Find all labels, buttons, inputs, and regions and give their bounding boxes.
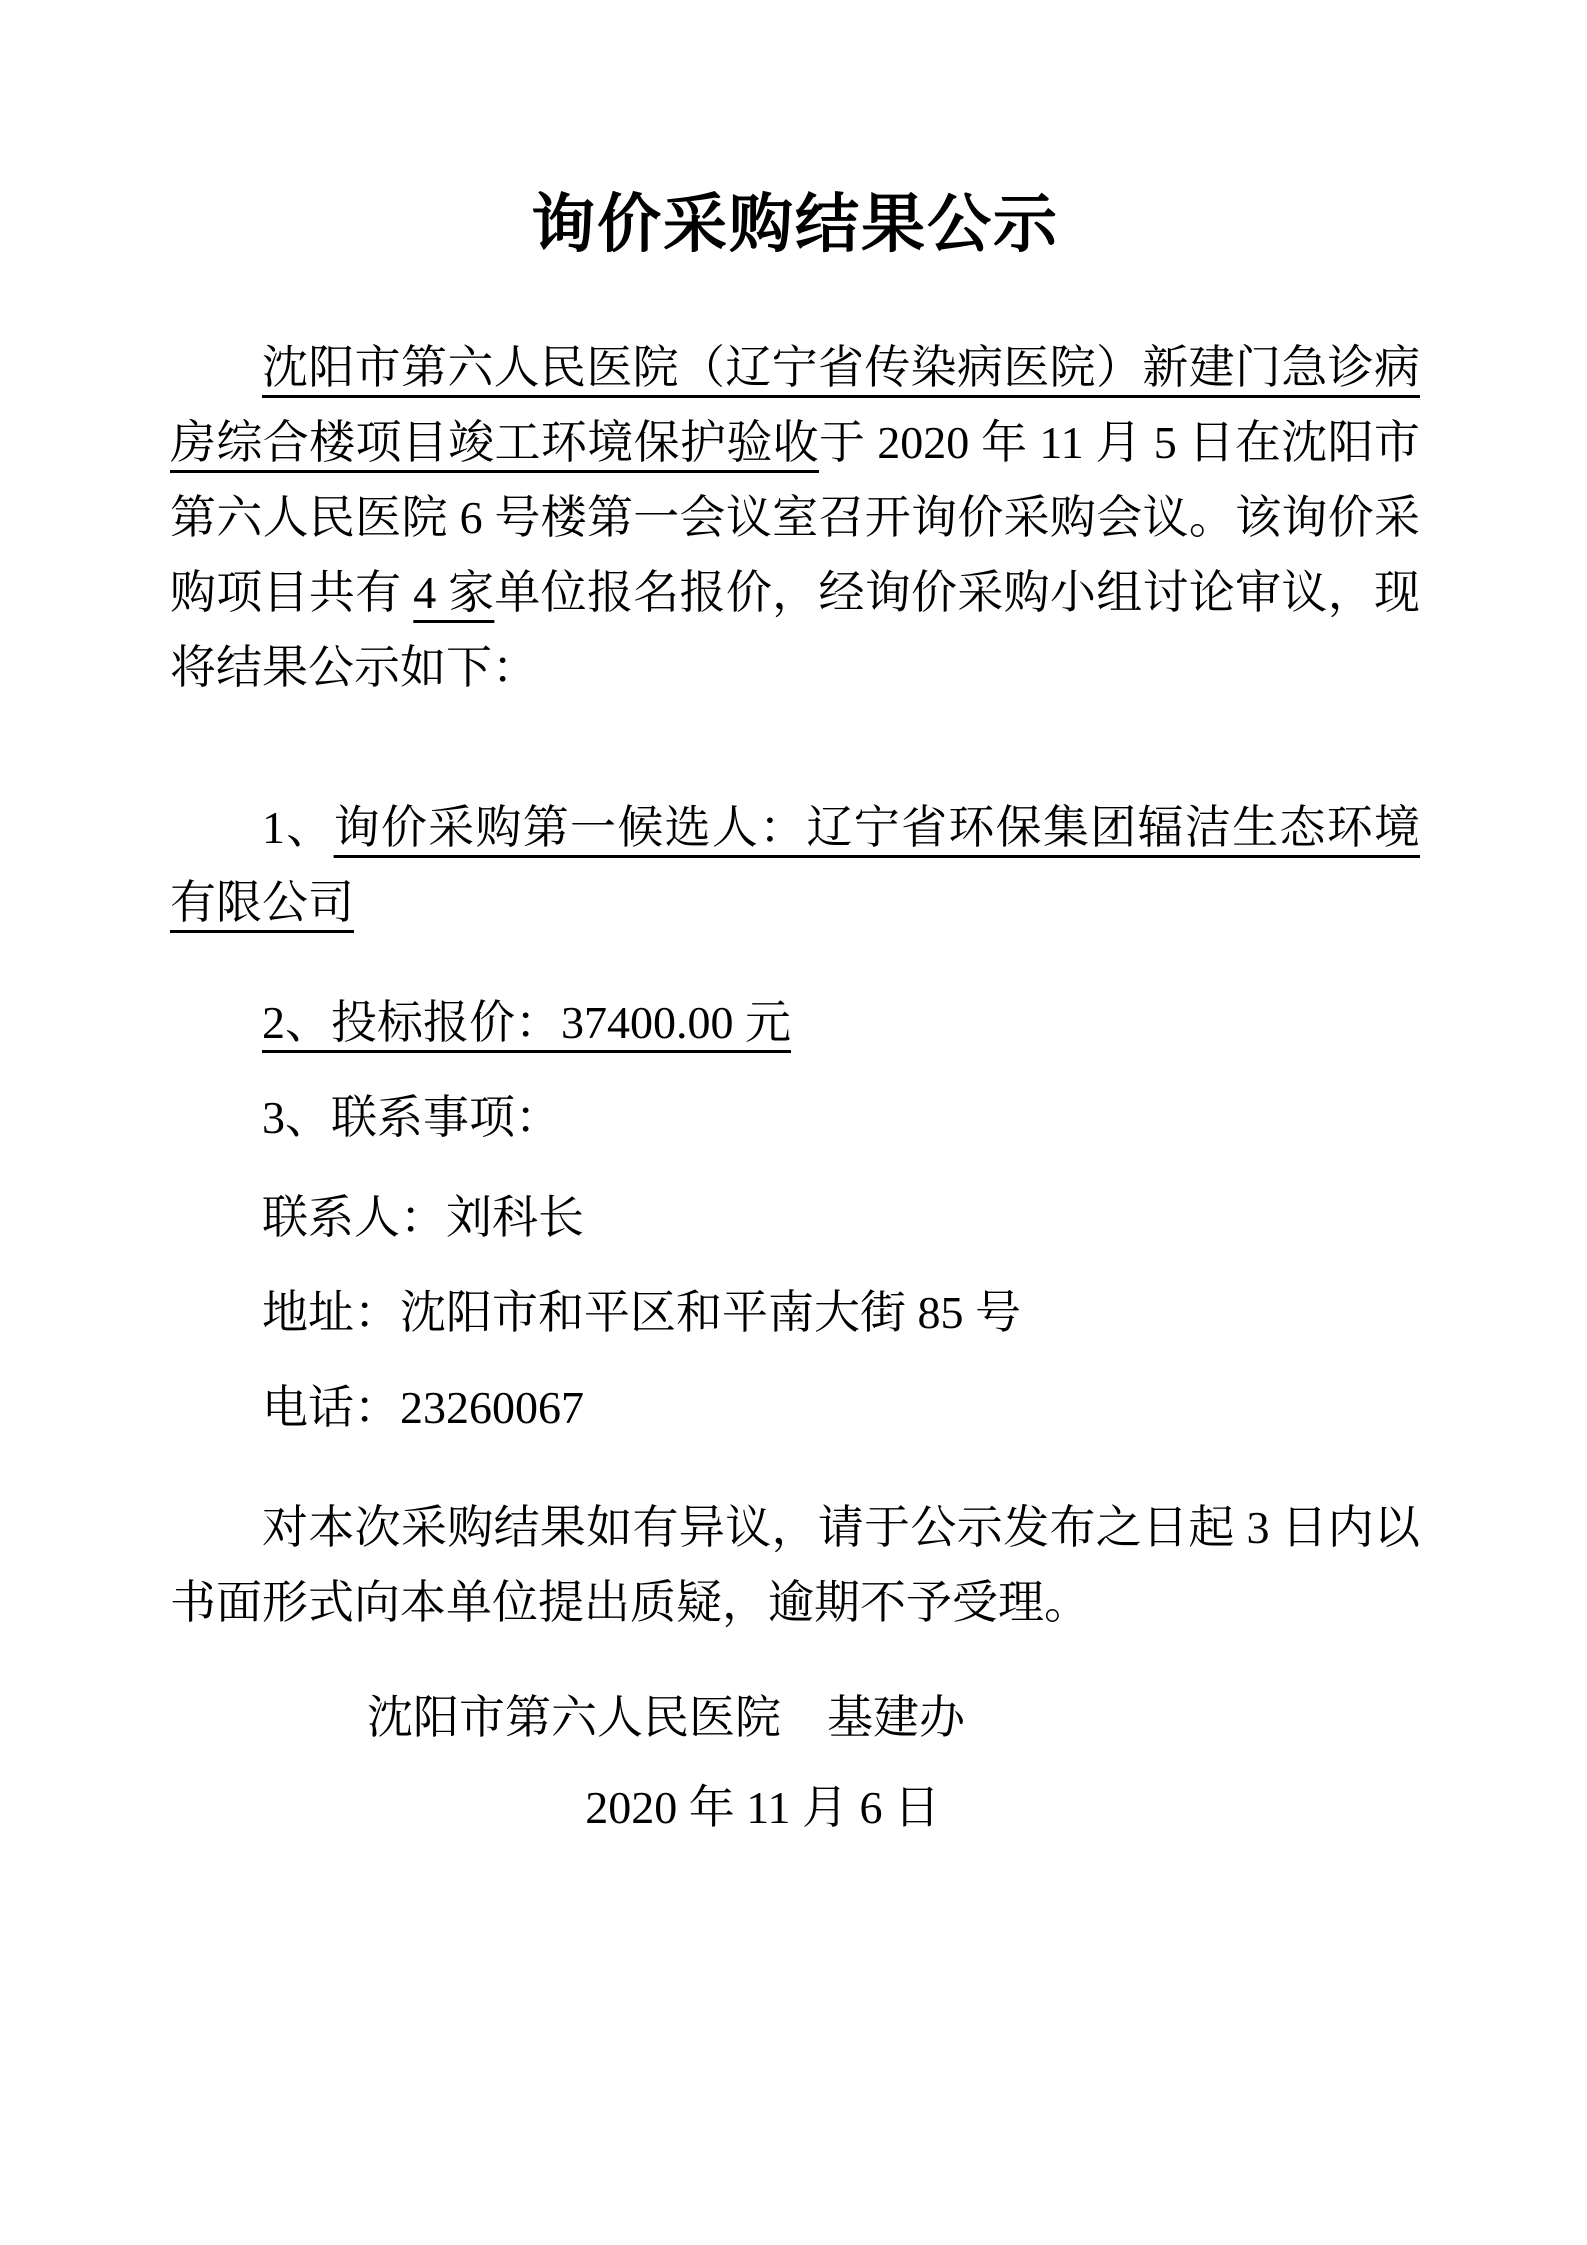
signature-date: 2020 年 11 月 6 日 (170, 1770, 1420, 1845)
document-page: 询价采购结果公示 沈阳市第六人民医院（辽宁省传染病医院）新建门急诊病房综合楼项目… (0, 0, 1587, 2245)
item-1-number: 1、 (262, 802, 334, 853)
closing-paragraph: 对本次采购结果如有异议，请于公示发布之日起 3 日内以书面形式向本单位提出质疑，… (170, 1490, 1420, 1640)
intro-paragraph: 沈阳市第六人民医院（辽宁省传染病医院）新建门急诊病房综合楼项目竣工环境保护验收于… (170, 330, 1420, 705)
list-item-contact-heading: 3、联系事项： (170, 1080, 1420, 1155)
contact-person-line: 联系人：刘科长 (170, 1180, 1420, 1255)
list-item-first-candidate: 1、询价采购第一候选人：辽宁省环保集团辐洁生态环境有限公司 (170, 790, 1420, 940)
intro-run-underlined-bidder-count: 4 家 (413, 567, 494, 618)
page-title: 询价采购结果公示 (170, 185, 1420, 265)
contact-phone-line: 电话：23260067 (170, 1370, 1420, 1445)
contact-address-line: 地址：沈阳市和平区和平南大街 85 号 (170, 1275, 1420, 1350)
item-2-bid-price: 2、投标报价：37400.00 元 (262, 997, 791, 1048)
item-1-candidate-name: 询价采购第一候选人：辽宁省环保集团辐洁生态环境有限公司 (170, 802, 1420, 928)
signature-org: 沈阳市第六人民医院 基建办 (170, 1680, 1420, 1755)
list-item-bid-price: 2、投标报价：37400.00 元 (170, 985, 1420, 1060)
item-3-heading: 3、联系事项： (262, 1092, 561, 1143)
